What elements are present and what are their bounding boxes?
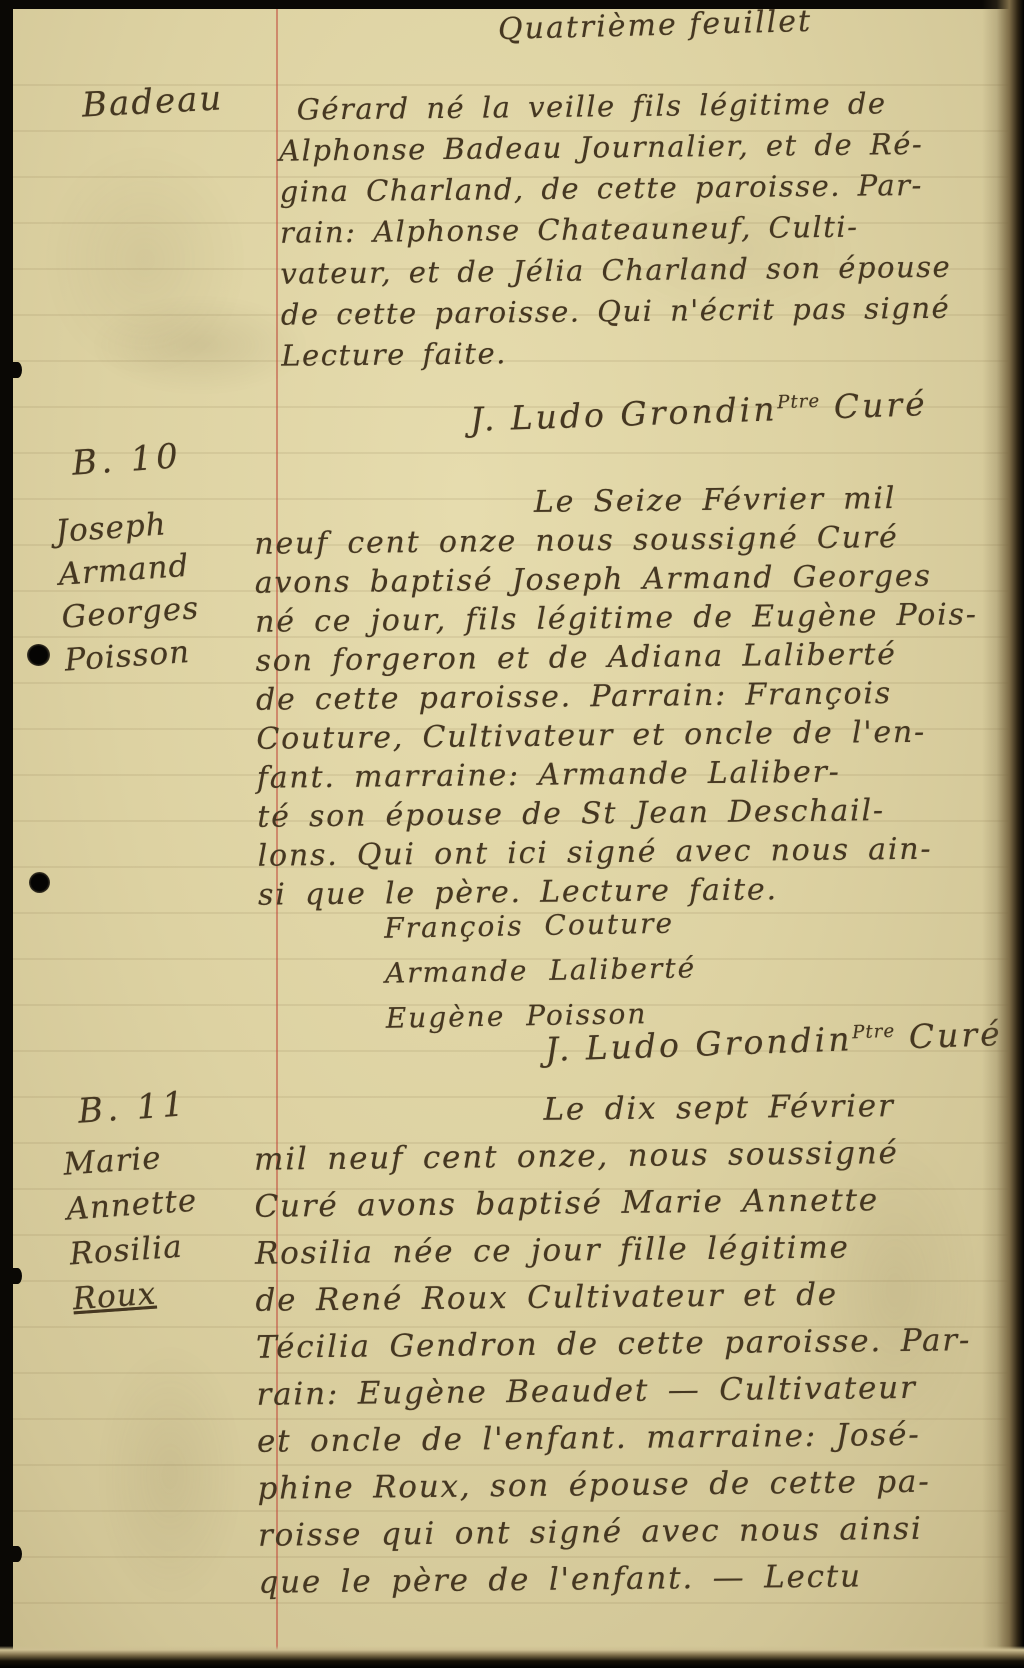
handwritten-line: lons. Qui ont ici signé avec nous ain- [257,829,972,875]
entry-body-b10: Le Seize Février milneuf cent onze nous … [254,478,973,914]
handwritten-line: rain: Eugène Beaudet — Cultivateur [256,1364,971,1418]
handwritten-line: Rosilia née ce jour fille légitime [255,1223,970,1277]
page-edge-bottom [0,1646,1024,1668]
entry-margin-names-b10: JosephArmandGeorgesPoisson [54,501,203,682]
handwritten-line: et oncle de l'enfant. marraine: José- [257,1411,972,1465]
binding-stitch-mark [13,362,22,378]
cure-title: Curé [833,384,928,426]
witness-signatures: François CoutureArmande LalibertéEugène … [384,900,697,1040]
cure-title-abbreviation: Ptre [852,1021,896,1043]
handwritten-line: Armande Laliberté [385,945,697,995]
handwritten-line: phine Roux, son épouse de cette pa- [257,1458,972,1512]
entry-body-badeau: Gérard né la veille fils légitime deAlph… [279,82,987,376]
entry-body-b11: Le dix sept Févriermil neuf cent onze, n… [253,1082,973,1606]
cure-title-abbreviation: Ptre [777,391,821,413]
handwritten-line: Couture, Cultivateur et oncle de l'en- [256,712,971,758]
handwritten-line: Roux [71,1268,205,1322]
page-gutter-right [982,0,1024,1668]
entry-margin-label-badeau: Badeau [81,78,224,125]
entry-margin-label-b11: B. 11 [77,1084,189,1132]
entry-margin-label-b10: B. 10 [71,436,183,484]
handwritten-line: Técilia Gendron de cette paroisse. Par- [256,1317,971,1371]
handwritten-line: que le père de l'enfant. — Lectu [258,1552,973,1606]
binding-stitch-mark [13,1268,22,1284]
handwritten-line: de cette paroisse. Qui n'écrit pas signé [281,287,986,335]
page-edge-top [0,0,1024,9]
binding-stitch-mark [13,1546,22,1562]
handwritten-line: François Couture [384,900,696,950]
handwritten-line: mil neuf cent onze, nous soussigné [254,1129,969,1183]
entry-margin-names-b11: MarieAnnetteRosiliaRoux [62,1134,205,1323]
handwritten-line: Lecture faite. [281,328,986,376]
manuscript-page: Quatrième feuillet Badeau Gérard né la v… [0,0,1024,1668]
handwritten-line: Le dix sept Février [253,1082,968,1136]
handwritten-line: de René Roux Cultivateur et de [255,1270,970,1324]
handwritten-line: gina Charland, de cette paroisse. Par- [279,164,984,212]
page-edge-left [0,0,13,1668]
handwritten-line: roisse qui ont signé avec nous ainsi [258,1505,973,1559]
handwritten-line: Curé avons baptisé Marie Annette [254,1176,969,1230]
binding-hole [27,644,50,666]
binding-hole [29,872,50,893]
handwritten-line: Rosilia [68,1223,202,1277]
